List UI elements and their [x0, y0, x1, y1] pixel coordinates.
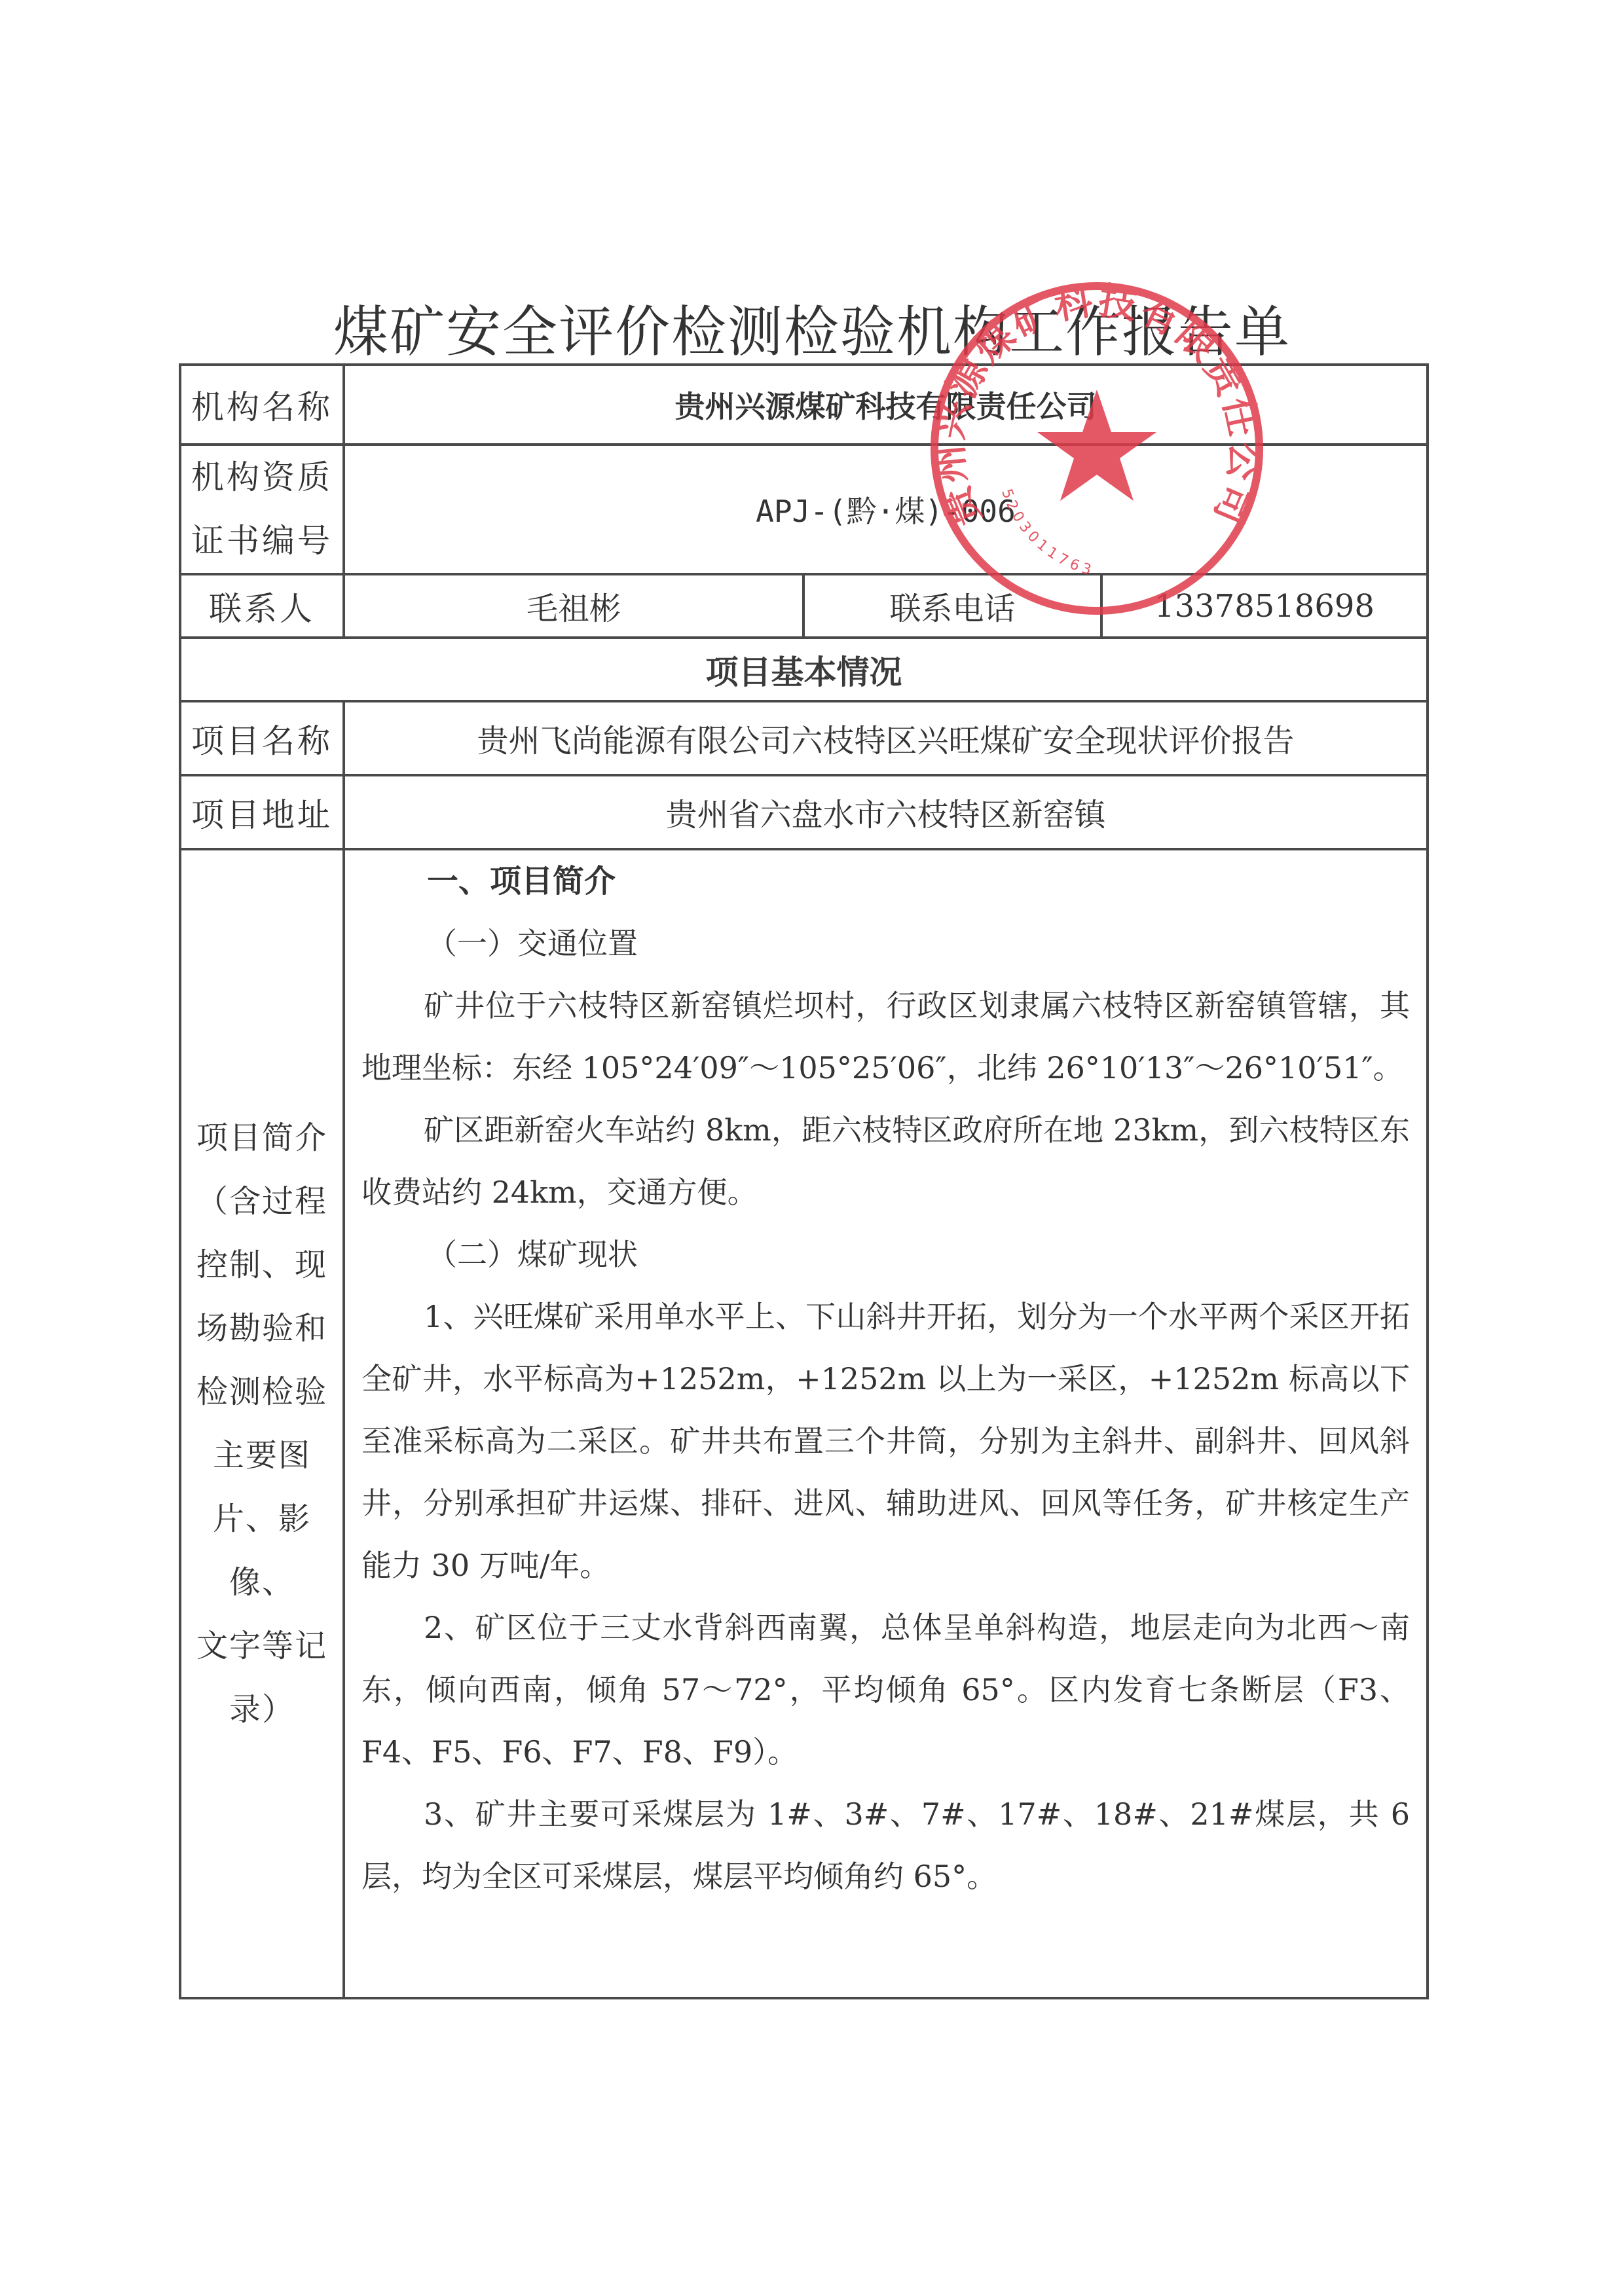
phone-value: 13378518698	[1101, 574, 1428, 638]
institution-name-value: 贵州兴源煤矿科技有限责任公司	[344, 365, 1428, 445]
project-summary-content: 一、项目简介 （一）交通位置 矿井位于六枝特区新窑镇烂坝村，行政区划隶属六枝特区…	[344, 849, 1428, 1998]
summary-label-line: 主要图	[181, 1424, 342, 1487]
project-name-value: 贵州飞尚能源有限公司六枝特区兴旺煤矿安全现状评价报告	[344, 701, 1428, 775]
row-institution-name: 机构名称 贵州兴源煤矿科技有限责任公司	[180, 365, 1428, 445]
summary-label-line: （含过程	[181, 1170, 342, 1233]
summary-label-line: 检测检验	[181, 1360, 342, 1424]
summary-label-line: 场勘验和	[181, 1297, 342, 1360]
row-project-summary: 项目简介 （含过程 控制、现 场勘验和 检测检验 主要图 片、影像、 文字等记 …	[180, 849, 1428, 1998]
summary-paragraph-seams: 3、矿井主要可采煤层为 1#、3#、7#、17#、18#、21#煤层，共 6 层…	[361, 1783, 1410, 1908]
summary-paragraph-distance: 矿区距新窑火车站约 8km，距六枝特区政府所在地 23km，到六枝特区东收费站约…	[361, 1099, 1410, 1224]
row-contact: 联系人 毛祖彬 联系电话 13378518698	[180, 574, 1428, 638]
cert-number-value: APJ-(黔·煤)-006	[344, 445, 1428, 574]
row-project-address: 项目地址 贵州省六盘水市六枝特区新窑镇	[180, 775, 1428, 849]
cert-label-line2: 证书编号	[181, 509, 342, 573]
project-address-value: 贵州省六盘水市六枝特区新窑镇	[344, 775, 1428, 849]
cert-label-line1: 机构资质	[181, 446, 342, 509]
project-name-label: 项目名称	[180, 701, 344, 775]
summary-label-line: 项目简介	[181, 1106, 342, 1170]
row-section-title: 项目基本情况	[180, 638, 1428, 701]
summary-label-line: 控制、现	[181, 1233, 342, 1297]
phone-label: 联系电话	[803, 574, 1101, 638]
project-address-label: 项目地址	[180, 775, 344, 849]
row-cert-number: 机构资质 证书编号 APJ-(黔·煤)-006	[180, 445, 1428, 574]
document-title: 煤矿安全评价检测检验机构工作报告单	[0, 288, 1624, 367]
contact-value: 毛祖彬	[344, 574, 803, 638]
summary-heading: 一、项目简介	[361, 850, 1410, 913]
report-form-table: 机构名称 贵州兴源煤矿科技有限责任公司 机构资质 证书编号 APJ-(黔·煤)-…	[179, 363, 1429, 1999]
summary-paragraph-location: 矿井位于六枝特区新窑镇烂坝村，行政区划隶属六枝特区新窑镇管辖，其地理坐标：东经 …	[361, 975, 1410, 1099]
institution-name-label: 机构名称	[180, 365, 344, 445]
contact-label: 联系人	[180, 574, 344, 638]
row-project-name: 项目名称 贵州飞尚能源有限公司六枝特区兴旺煤矿安全现状评价报告	[180, 701, 1428, 775]
summary-label-line: 片、影像、	[181, 1487, 342, 1614]
summary-subheading-traffic: （一）交通位置	[361, 913, 1410, 975]
project-summary-label: 项目简介 （含过程 控制、现 场勘验和 检测检验 主要图 片、影像、 文字等记 …	[180, 849, 344, 1998]
summary-subheading-status: （二）煤矿现状	[361, 1224, 1410, 1286]
summary-paragraph-development: 1、兴旺煤矿采用单水平上、下山斜井开拓，划分为一个水平两个采区开拓全矿井，水平标…	[361, 1286, 1410, 1597]
summary-paragraph-geology: 2、矿区位于三丈水背斜西南翼，总体呈单斜构造，地层走向为北西～南东，倾向西南，倾…	[361, 1597, 1410, 1783]
cert-number-label: 机构资质 证书编号	[180, 445, 344, 574]
summary-label-line: 录）	[181, 1678, 342, 1741]
summary-label-line: 文字等记	[181, 1614, 342, 1678]
project-section-title: 项目基本情况	[180, 638, 1428, 701]
